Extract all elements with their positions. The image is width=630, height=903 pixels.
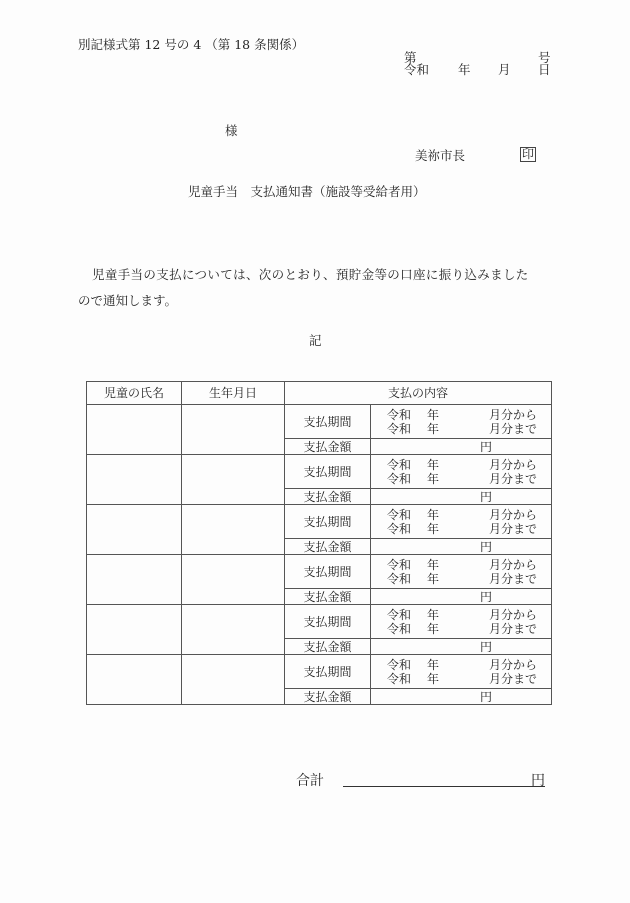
- period-to-year: 年: [427, 422, 467, 436]
- period-from-year: 年: [427, 458, 467, 472]
- period-cell[interactable]: 令和年月分から令和年月分まで: [371, 455, 552, 489]
- period-from-tail: 月分から: [467, 458, 537, 472]
- child-name-cell[interactable]: [87, 455, 182, 505]
- period-from-era: 令和: [387, 608, 427, 622]
- table-row: 支払期間令和年月分から令和年月分まで: [87, 655, 552, 689]
- date-year: 年: [458, 60, 471, 78]
- period-label: 支払期間: [285, 405, 371, 439]
- period-from-era: 令和: [387, 458, 427, 472]
- period-to-year: 年: [427, 472, 467, 486]
- total-label: 合計: [296, 770, 324, 790]
- period-to-tail: 月分まで: [467, 472, 537, 486]
- amount-cell[interactable]: 円: [371, 589, 552, 605]
- period-label: 支払期間: [285, 555, 371, 589]
- amount-cell[interactable]: 円: [371, 439, 552, 455]
- total-yen: 円: [531, 770, 545, 790]
- amount-cell[interactable]: 円: [371, 539, 552, 555]
- table-row: 支払期間令和年月分から令和年月分まで: [87, 405, 552, 439]
- header-payment-content: 支払の内容: [285, 382, 552, 405]
- birth-date-cell[interactable]: [182, 505, 285, 555]
- period-from-tail: 月分から: [467, 508, 537, 522]
- addressee-suffix: 様: [225, 121, 238, 139]
- period-from-year: 年: [427, 508, 467, 522]
- amount-label: 支払金額: [285, 439, 371, 455]
- amount-label: 支払金額: [285, 689, 371, 705]
- table-row: 支払期間令和年月分から令和年月分まで: [87, 455, 552, 489]
- period-to-era: 令和: [387, 522, 427, 536]
- child-name-cell[interactable]: [87, 605, 182, 655]
- amount-label: 支払金額: [285, 489, 371, 505]
- period-to-tail: 月分まで: [467, 522, 537, 536]
- period-from-year: 年: [427, 558, 467, 572]
- period-from-era: 令和: [387, 508, 427, 522]
- table-row: 支払期間令和年月分から令和年月分まで: [87, 605, 552, 639]
- period-cell[interactable]: 令和年月分から令和年月分まで: [371, 655, 552, 689]
- period-cell[interactable]: 令和年月分から令和年月分まで: [371, 605, 552, 639]
- table-header-row: 児童の氏名 生年月日 支払の内容: [87, 382, 552, 405]
- period-to-era: 令和: [387, 472, 427, 486]
- period-to-year: 年: [427, 572, 467, 586]
- child-name-cell[interactable]: [87, 405, 182, 455]
- amount-cell[interactable]: 円: [371, 689, 552, 705]
- period-label: 支払期間: [285, 655, 371, 689]
- date-day: 日: [538, 60, 551, 78]
- period-from-era: 令和: [387, 408, 427, 422]
- period-from-year: 年: [427, 658, 467, 672]
- child-name-cell[interactable]: [87, 655, 182, 705]
- document-title: 児童手当 支払通知書（施設等受給者用）: [188, 182, 426, 200]
- form-reference: 別記様式第 12 号の 4 （第 18 条関係）: [78, 35, 304, 53]
- amount-label: 支払金額: [285, 539, 371, 555]
- table-row: 支払期間令和年月分から令和年月分まで: [87, 555, 552, 589]
- period-to-year: 年: [427, 672, 467, 686]
- period-cell[interactable]: 令和年月分から令和年月分まで: [371, 555, 552, 589]
- birth-date-cell[interactable]: [182, 605, 285, 655]
- birth-date-cell[interactable]: [182, 455, 285, 505]
- period-to-tail: 月分まで: [467, 672, 537, 686]
- period-from-year: 年: [427, 608, 467, 622]
- amount-cell[interactable]: 円: [371, 639, 552, 655]
- period-cell[interactable]: 令和年月分から令和年月分まで: [371, 405, 552, 439]
- period-to-era: 令和: [387, 672, 427, 686]
- period-to-tail: 月分まで: [467, 622, 537, 636]
- header-child-name: 児童の氏名: [87, 382, 182, 405]
- period-to-year: 年: [427, 522, 467, 536]
- amount-label: 支払金額: [285, 639, 371, 655]
- date-era: 令和: [404, 60, 429, 78]
- body-line-2: ので通知します。: [78, 291, 177, 309]
- date-month: 月: [498, 60, 511, 78]
- birth-date-cell[interactable]: [182, 405, 285, 455]
- period-from-tail: 月分から: [467, 608, 537, 622]
- payment-table: 児童の氏名 生年月日 支払の内容 支払期間令和年月分から令和年月分まで支払金額円…: [86, 381, 552, 705]
- ki-marker: 記: [309, 331, 322, 349]
- period-from-tail: 月分から: [467, 408, 537, 422]
- body-line-1: 児童手当の支払については、次のとおり、預貯金等の口座に振り込みました: [92, 265, 529, 283]
- birth-date-cell[interactable]: [182, 655, 285, 705]
- period-from-tail: 月分から: [467, 558, 537, 572]
- period-from-era: 令和: [387, 558, 427, 572]
- period-from-era: 令和: [387, 658, 427, 672]
- table-row: 支払期間令和年月分から令和年月分まで: [87, 505, 552, 539]
- child-name-cell[interactable]: [87, 555, 182, 605]
- period-label: 支払期間: [285, 455, 371, 489]
- period-label: 支払期間: [285, 605, 371, 639]
- header-birth-date: 生年月日: [182, 382, 285, 405]
- period-from-tail: 月分から: [467, 658, 537, 672]
- total-amount-line[interactable]: [343, 786, 545, 787]
- amount-cell[interactable]: 円: [371, 489, 552, 505]
- amount-label: 支払金額: [285, 589, 371, 605]
- period-to-tail: 月分まで: [467, 422, 537, 436]
- period-from-year: 年: [427, 408, 467, 422]
- period-label: 支払期間: [285, 505, 371, 539]
- period-to-era: 令和: [387, 622, 427, 636]
- child-name-cell[interactable]: [87, 505, 182, 555]
- issuer-name: 美祢市長: [415, 146, 465, 164]
- birth-date-cell[interactable]: [182, 555, 285, 605]
- period-to-tail: 月分まで: [467, 572, 537, 586]
- seal-mark: 印: [520, 147, 536, 162]
- period-to-era: 令和: [387, 572, 427, 586]
- period-to-era: 令和: [387, 422, 427, 436]
- period-to-year: 年: [427, 622, 467, 636]
- period-cell[interactable]: 令和年月分から令和年月分まで: [371, 505, 552, 539]
